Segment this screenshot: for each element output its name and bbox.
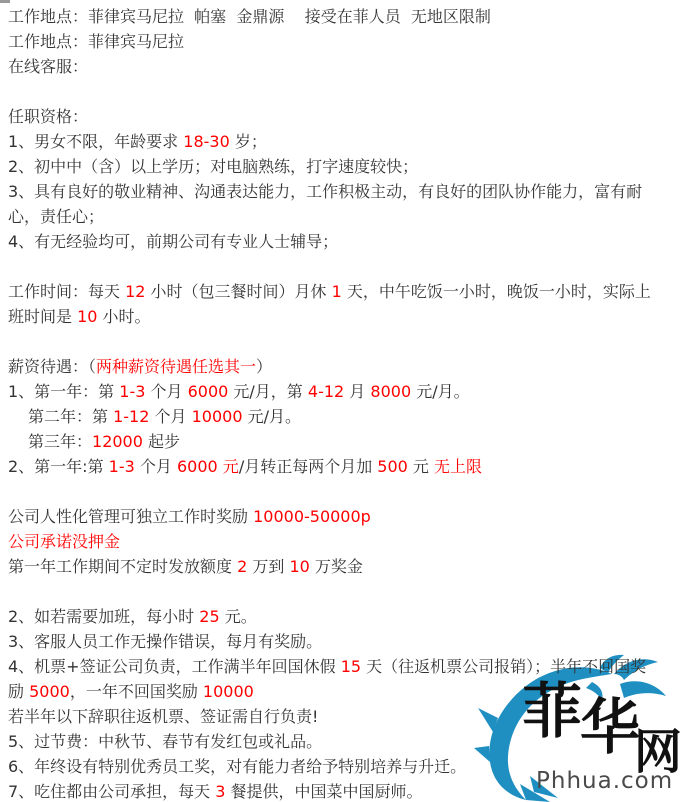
text-segment: 5、过节费：中秋节、春节有发红包或礼品。 xyxy=(8,732,322,751)
text-line: 2、初中中（含）以上学历；对电脑熟练，打字速度较快； xyxy=(0,154,680,179)
text-line xyxy=(0,479,680,504)
text-line xyxy=(0,254,680,279)
text-segment: 1-3 xyxy=(119,382,145,401)
text-segment: 10000 xyxy=(192,407,243,426)
text-segment: 4、有无经验均可，前期公司有专业人士辅导； xyxy=(8,232,338,251)
text-segment: 任职资格： xyxy=(8,107,88,126)
text-line: 3、客服人员工作无操作错误，每月有奖励。 xyxy=(0,629,680,654)
text-segment: 工作地点：菲律宾马尼拉 帕塞 金鼎源 接受在菲人员 无地区限制 xyxy=(8,7,491,26)
text-segment: 3、客服人员工作无操作错误，每月有奖励。 xyxy=(8,632,322,651)
text-segment: 个月 xyxy=(135,457,177,476)
text-segment: 元 xyxy=(408,457,434,476)
text-segment: 10 xyxy=(289,557,309,576)
text-line: 工作时间：每天 12 小时（包三餐时间）月休 1 天，中午吃饭一小时，晚饭一小时… xyxy=(0,279,680,304)
text-segment: 若半年以下辞职往返机票、签证需自行负责! xyxy=(8,707,318,726)
text-segment: 小时（包三餐时间）月休 xyxy=(145,282,331,301)
text-line xyxy=(0,329,680,354)
text-segment: 心，责任心； xyxy=(8,207,104,226)
text-segment: 6000 元 xyxy=(177,457,239,476)
text-segment: ） xyxy=(256,357,272,376)
text-segment: 第一年工作期间不定时发放额度 xyxy=(8,557,237,576)
text-segment: 第三年： xyxy=(28,432,92,451)
text-line: 工作地点：菲律宾马尼拉 帕塞 金鼎源 接受在菲人员 无地区限制 xyxy=(0,4,680,29)
text-segment: 6、年终设有特别优秀员工奖，对有能力者给予特别培养与升迁。 xyxy=(8,757,466,776)
text-segment: 无上限 xyxy=(434,457,482,476)
text-segment: 万到 xyxy=(247,557,289,576)
text-segment: 公司承诺没押金 xyxy=(8,532,120,551)
text-segment: 10000 xyxy=(203,682,254,701)
text-line: 第一年工作期间不定时发放额度 2 万到 10 万奖金 xyxy=(0,554,680,579)
text-segment: 12 xyxy=(125,282,145,301)
text-segment: 个月 xyxy=(149,407,191,426)
text-segment: 1-12 xyxy=(113,407,149,426)
text-segment: 天（往返机票公司报销）；半年不回国奖 xyxy=(361,657,646,676)
text-segment: 1-3 xyxy=(109,457,135,476)
text-line: 1、第一年：第 1-3 个月 6000 元/月，第 4-12 月 8000 元/… xyxy=(0,379,680,404)
text-segment: 3、具有良好的敬业精神、沟通表达能力，工作积极主动，有良好的团队协作能力，富有耐 xyxy=(8,182,642,201)
text-segment: 7、吃住都由公司承担，每天 xyxy=(8,782,215,801)
job-posting-document: 工作地点：菲律宾马尼拉 帕塞 金鼎源 接受在菲人员 无地区限制工作地点：菲律宾马… xyxy=(0,0,680,802)
text-line: 1、男女不限，年龄要求 18-30 岁； xyxy=(0,129,680,154)
text-segment: 3 xyxy=(215,782,225,801)
text-segment: 500 xyxy=(377,457,408,476)
text-line: 2、第一年:第 1-3 个月 6000 元/月转正每两个月加 500 元 无上限 xyxy=(0,454,680,479)
text-segment: 工作地点：菲律宾马尼拉 xyxy=(8,32,184,51)
text-line: 任职资格： xyxy=(0,104,680,129)
text-segment: 元/月。 xyxy=(243,407,301,426)
document-lines: 工作地点：菲律宾马尼拉 帕塞 金鼎源 接受在菲人员 无地区限制工作地点：菲律宾马… xyxy=(0,4,680,802)
text-segment: 2、如若需要加班，每小时 xyxy=(8,607,199,626)
text-segment: /月转正每两个月加 xyxy=(239,457,377,476)
text-segment: 起步 xyxy=(143,432,180,451)
text-line: 公司人性化管理可独立工作时奖励 10000-50000p xyxy=(0,504,680,529)
text-line: 4、机票+签证公司负责，工作满半年回国休假 15 天（往返机票公司报销）；半年不… xyxy=(0,654,680,679)
text-line: 公司承诺没押金 xyxy=(0,529,680,554)
text-line: 2、如若需要加班，每小时 25 元。 xyxy=(0,604,680,629)
text-segment: 2、初中中（含）以上学历；对电脑熟练，打字速度较快； xyxy=(8,157,418,176)
text-segment: 4、机票+签证公司负责，工作满半年回国休假 xyxy=(8,657,341,676)
text-segment: 25 xyxy=(199,607,219,626)
text-line xyxy=(0,79,680,104)
text-segment: 岁； xyxy=(230,132,267,151)
text-line: 3、具有良好的敬业精神、沟通表达能力，工作积极主动，有良好的团队协作能力，富有耐 xyxy=(0,179,680,204)
text-line: 心，责任心； xyxy=(0,204,680,229)
text-segment: 小时。 xyxy=(97,307,150,326)
text-segment: 元。 xyxy=(220,607,257,626)
text-line xyxy=(0,579,680,604)
text-segment: 薪资待遇：（ xyxy=(8,357,96,376)
text-segment: 5000 xyxy=(29,682,70,701)
text-segment: 工作时间：每天 xyxy=(8,282,125,301)
text-line: 励 5000，一年不回国奖励 10000 xyxy=(0,679,680,704)
text-segment: 月 xyxy=(344,382,370,401)
text-segment: 2 xyxy=(237,557,247,576)
text-segment: 励 xyxy=(8,682,29,701)
text-segment: 2、第一年:第 xyxy=(8,457,109,476)
text-segment: 餐提供，中国菜中国厨师。 xyxy=(225,782,422,801)
text-segment: 第二年：第 xyxy=(28,407,113,426)
text-segment: 6000 xyxy=(188,382,229,401)
text-line: 5、过节费：中秋节、春节有发红包或礼品。 xyxy=(0,729,680,754)
text-line: 4、有无经验均可，前期公司有专业人士辅导； xyxy=(0,229,680,254)
text-segment: 1、第一年：第 xyxy=(8,382,119,401)
text-segment: 班时间是 xyxy=(8,307,77,326)
text-segment: 8000 xyxy=(370,382,411,401)
text-segment: 天，中午吃饭一小时，晚饭一小时，实际上 xyxy=(342,282,651,301)
text-line: 第三年：12000 起步 xyxy=(0,429,680,454)
text-segment: 公司人性化管理可独立工作时奖励 xyxy=(8,507,253,526)
text-segment: 个月 xyxy=(145,382,187,401)
text-line: 6、年终设有特别优秀员工奖，对有能力者给予特别培养与升迁。 xyxy=(0,754,680,779)
text-segment: 10000-50000p xyxy=(253,507,371,526)
text-segment: 10 xyxy=(77,307,97,326)
text-line: 7、吃住都由公司承担，每天 3 餐提供，中国菜中国厨师。 xyxy=(0,779,680,802)
text-segment: 两种薪资待遇任选其一 xyxy=(96,357,256,376)
text-segment: 元/月。 xyxy=(411,382,469,401)
text-segment: 15 xyxy=(341,657,361,676)
text-line: 薪资待遇：（两种薪资待遇任选其一） xyxy=(0,354,680,379)
text-segment: 1、男女不限，年龄要求 xyxy=(8,132,183,151)
text-segment: 18-30 xyxy=(183,132,230,151)
text-line: 若半年以下辞职往返机票、签证需自行负责! xyxy=(0,704,680,729)
text-line: 工作地点：菲律宾马尼拉 xyxy=(0,29,680,54)
text-segment: 12000 xyxy=(92,432,143,451)
text-line: 班时间是 10 小时。 xyxy=(0,304,680,329)
text-segment: 在线客服： xyxy=(8,57,88,76)
text-segment: 元/月，第 xyxy=(228,382,308,401)
text-line: 在线客服： xyxy=(0,54,680,79)
text-line: 第二年：第 1-12 个月 10000 元/月。 xyxy=(0,404,680,429)
text-segment: ，一年不回国奖励 xyxy=(70,682,203,701)
text-segment: 1 xyxy=(332,282,342,301)
text-segment: 万奖金 xyxy=(310,557,363,576)
text-segment: 4-12 xyxy=(308,382,344,401)
